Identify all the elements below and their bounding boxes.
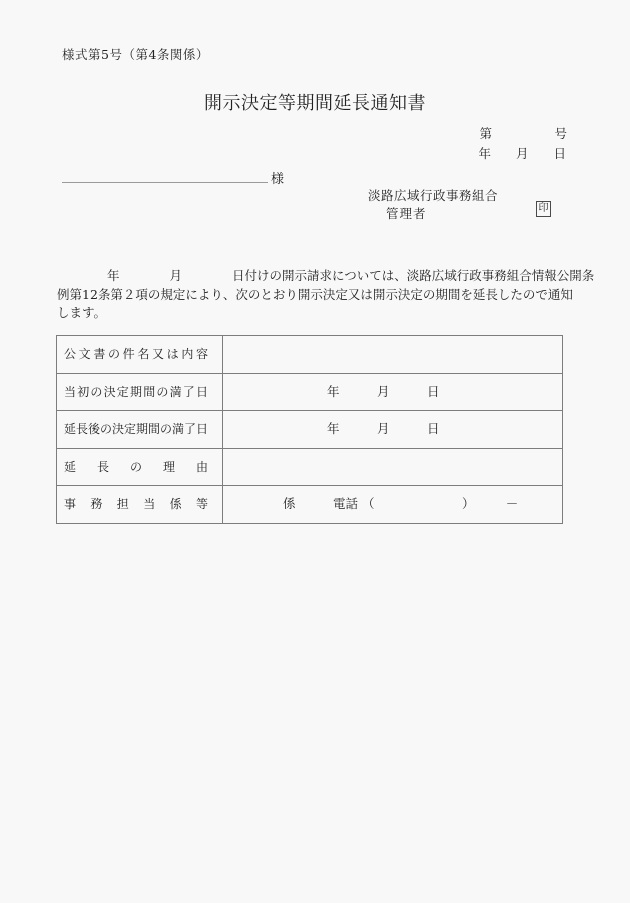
row-value: 年 月 日	[223, 411, 562, 448]
table-row-original-deadline: 当初の決定期間の満了日 年 月 日	[57, 374, 562, 412]
row-label: 公文書の件名又は内容	[57, 336, 223, 373]
document-number-line: 第 号	[479, 124, 567, 142]
body-line: 例第12条第２項の規定により、次のとおり開示決定又は開示決定の期間を延長したので…	[57, 286, 573, 305]
body-paragraph: 年 月 日付けの開示請求については、淡路広域行政事務組合情報公開条 例第12条第…	[57, 267, 573, 323]
addressee-blank-line	[62, 169, 268, 183]
row-label: 事務担当係等	[57, 486, 223, 523]
row-value: 年 月 日	[223, 374, 562, 411]
organization-name: 淡路広域行政事務組合	[368, 186, 498, 204]
body-line: 年 月 日付けの開示請求については、淡路広域行政事務組合情報公開条	[57, 267, 573, 286]
details-table: 公文書の件名又は内容 当初の決定期間の満了日 年 月 日 延長後の決定期間の満了…	[56, 335, 563, 524]
sender-title: 管理者	[386, 204, 427, 222]
row-label: 当初の決定期間の満了日	[57, 374, 223, 411]
table-row-contact-section: 事務担当係等 係 電話 （ ） －	[57, 486, 562, 523]
form-number: 様式第5号（第4条関係）	[62, 45, 209, 63]
table-row-extension-reason: 延長の理由	[57, 449, 562, 487]
table-row-extended-deadline: 延長後の決定期間の満了日 年 月 日	[57, 411, 562, 449]
row-value	[223, 336, 562, 373]
page-title: 開示決定等期間延長通知書	[0, 89, 630, 115]
table-row-document-name: 公文書の件名又は内容	[57, 336, 562, 374]
row-label: 延長の理由	[57, 449, 223, 486]
document-page: 様式第5号（第4条関係） 開示決定等期間延長通知書 第 号 年 月 日 様 淡路…	[0, 0, 630, 903]
row-value: 係 電話 （ ） －	[223, 486, 562, 523]
seal-box: 印	[536, 201, 551, 217]
row-label: 延長後の決定期間の満了日	[57, 411, 223, 448]
body-line: します。	[57, 304, 573, 323]
issue-date-line: 年 月 日	[478, 144, 566, 162]
addressee-line: 様	[62, 168, 284, 187]
addressee-suffix: 様	[271, 172, 284, 187]
row-value	[223, 449, 562, 486]
seal-label: 印	[539, 203, 549, 214]
